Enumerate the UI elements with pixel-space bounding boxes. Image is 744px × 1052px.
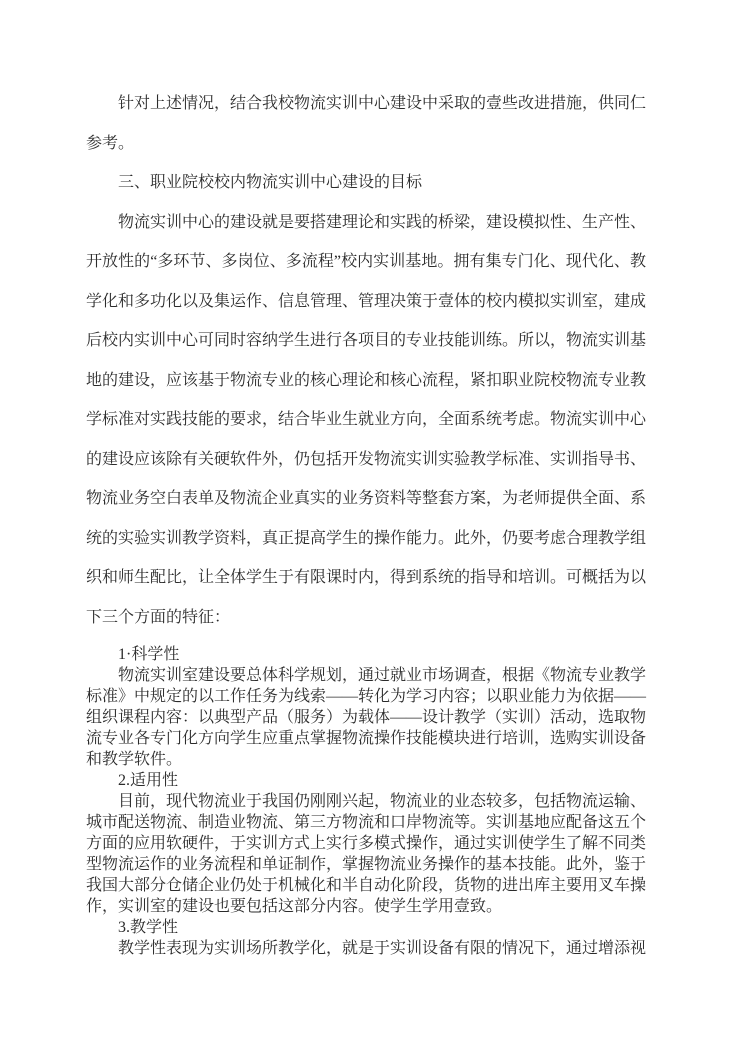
page-content: 针对上述情况，结合我校物流实训中心建设中采取的壹些改进措施，供同仁参考。 三、职… — [86, 84, 646, 959]
feature-heading-teachability: 3.教学性 — [86, 917, 646, 938]
feature-body-applicability: 目前，现代物流业于我国仍刚刚兴起，物流业的业态较多，包括物流运输、城市配送物流、… — [86, 791, 646, 917]
feature-body-teachability: 教学性表现为实训场所教学化，就是于实训设备有限的情况下，通过增添视 — [86, 938, 646, 959]
section-heading: 三、职业院校校内物流实训中心建设的目标 — [86, 163, 646, 203]
feature-body-scientific: 物流实训室建设要总体科学规划，通过就业市场调查，根据《物流专业教学标准》中规定的… — [86, 665, 646, 770]
intro-paragraph: 针对上述情况，结合我校物流实训中心建设中采取的壹些改进措施，供同仁参考。 — [86, 84, 646, 163]
feature-heading-scientific: 1·科学性 — [86, 644, 646, 665]
document-page: 针对上述情况，结合我校物流实训中心建设中采取的壹些改进措施，供同仁参考。 三、职… — [0, 0, 744, 1052]
feature-heading-applicability: 2.适用性 — [86, 770, 646, 791]
section-body-paragraph: 物流实训中心的建设就是要搭建理论和实践的桥梁，建设模拟性、生产性、开放性的“多环… — [86, 203, 646, 638]
